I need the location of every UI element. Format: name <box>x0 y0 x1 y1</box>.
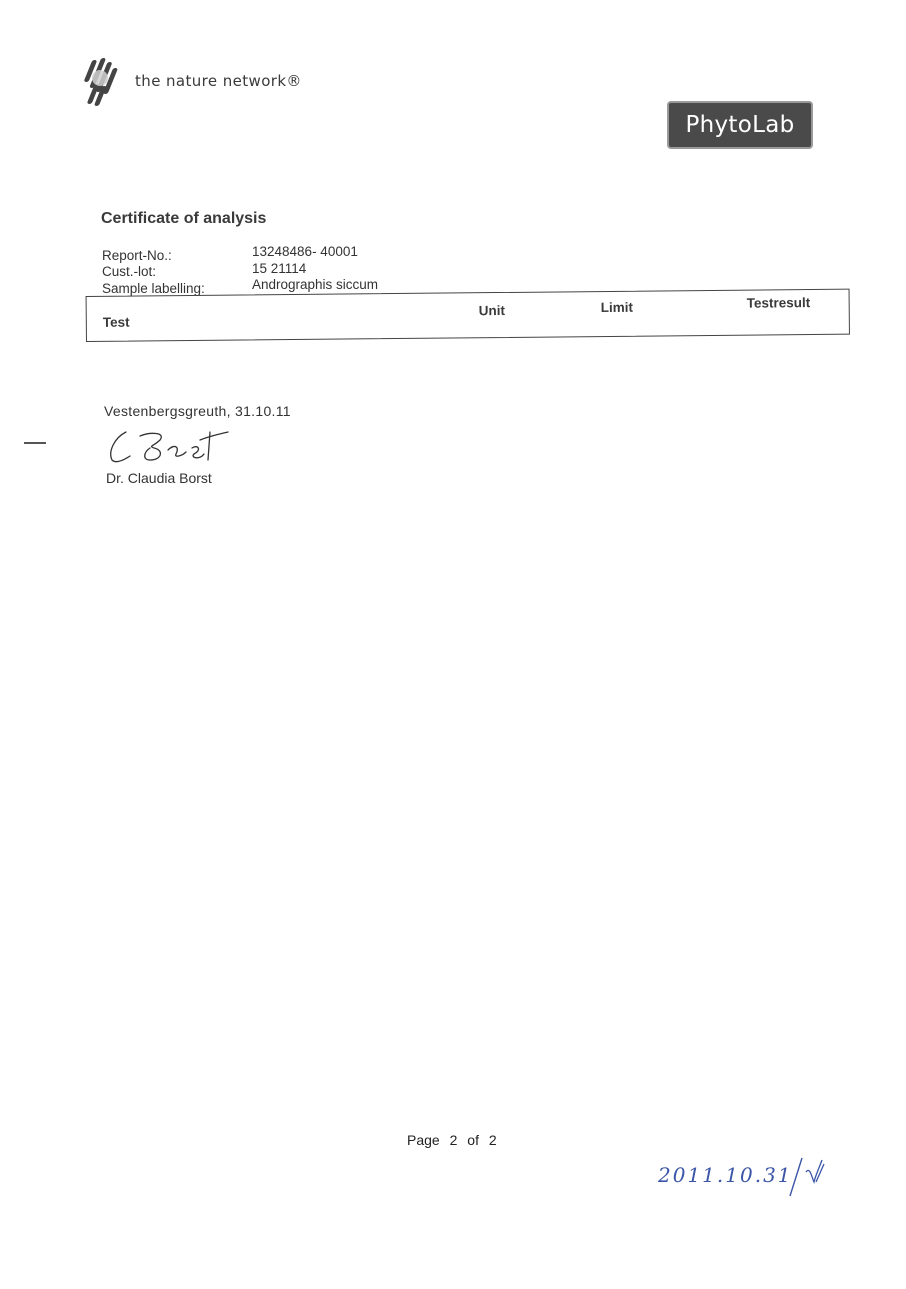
sample-labelling-value: Andrographis siccum <box>252 277 378 292</box>
place-and-date: Vestenbergsgreuth, 31.10.11 <box>104 403 291 419</box>
phytolab-logo: PhytoLab <box>667 101 813 149</box>
results-table-header: Test Unit Limit Testresult <box>86 289 850 342</box>
margin-mark <box>24 442 46 444</box>
column-header-unit: Unit <box>479 303 505 318</box>
column-header-limit: Limit <box>601 300 633 315</box>
page-label: Page <box>407 1132 440 1148</box>
page-current: 2 <box>450 1132 458 1148</box>
handwritten-date-text: 2011.10.31 <box>657 1163 793 1187</box>
page-of: of <box>467 1132 479 1148</box>
nature-network-logo-icon <box>72 56 128 108</box>
page-total: 2 <box>489 1132 497 1148</box>
handwritten-date-note: 2011.10.31 <box>656 1152 836 1200</box>
report-no-label: Report-No.: <box>102 248 172 263</box>
signer-name: Dr. Claudia Borst <box>106 470 212 486</box>
document-title: Certificate of analysis <box>101 210 266 228</box>
report-no-value: 13248486- 40001 <box>252 244 358 259</box>
column-header-testresult: Testresult <box>747 295 811 311</box>
sample-labelling-label: Sample labelling: <box>102 281 205 296</box>
cust-lot-label: Cust.-lot: <box>102 264 156 279</box>
page-number: Page 2 of 2 <box>407 1132 497 1148</box>
lab-name: PhytoLab <box>685 112 794 138</box>
signature-icon <box>104 424 234 468</box>
brand-tagline: the nature network® <box>135 72 302 90</box>
cust-lot-value: 15 21114 <box>252 261 306 276</box>
column-header-test: Test <box>103 315 130 330</box>
